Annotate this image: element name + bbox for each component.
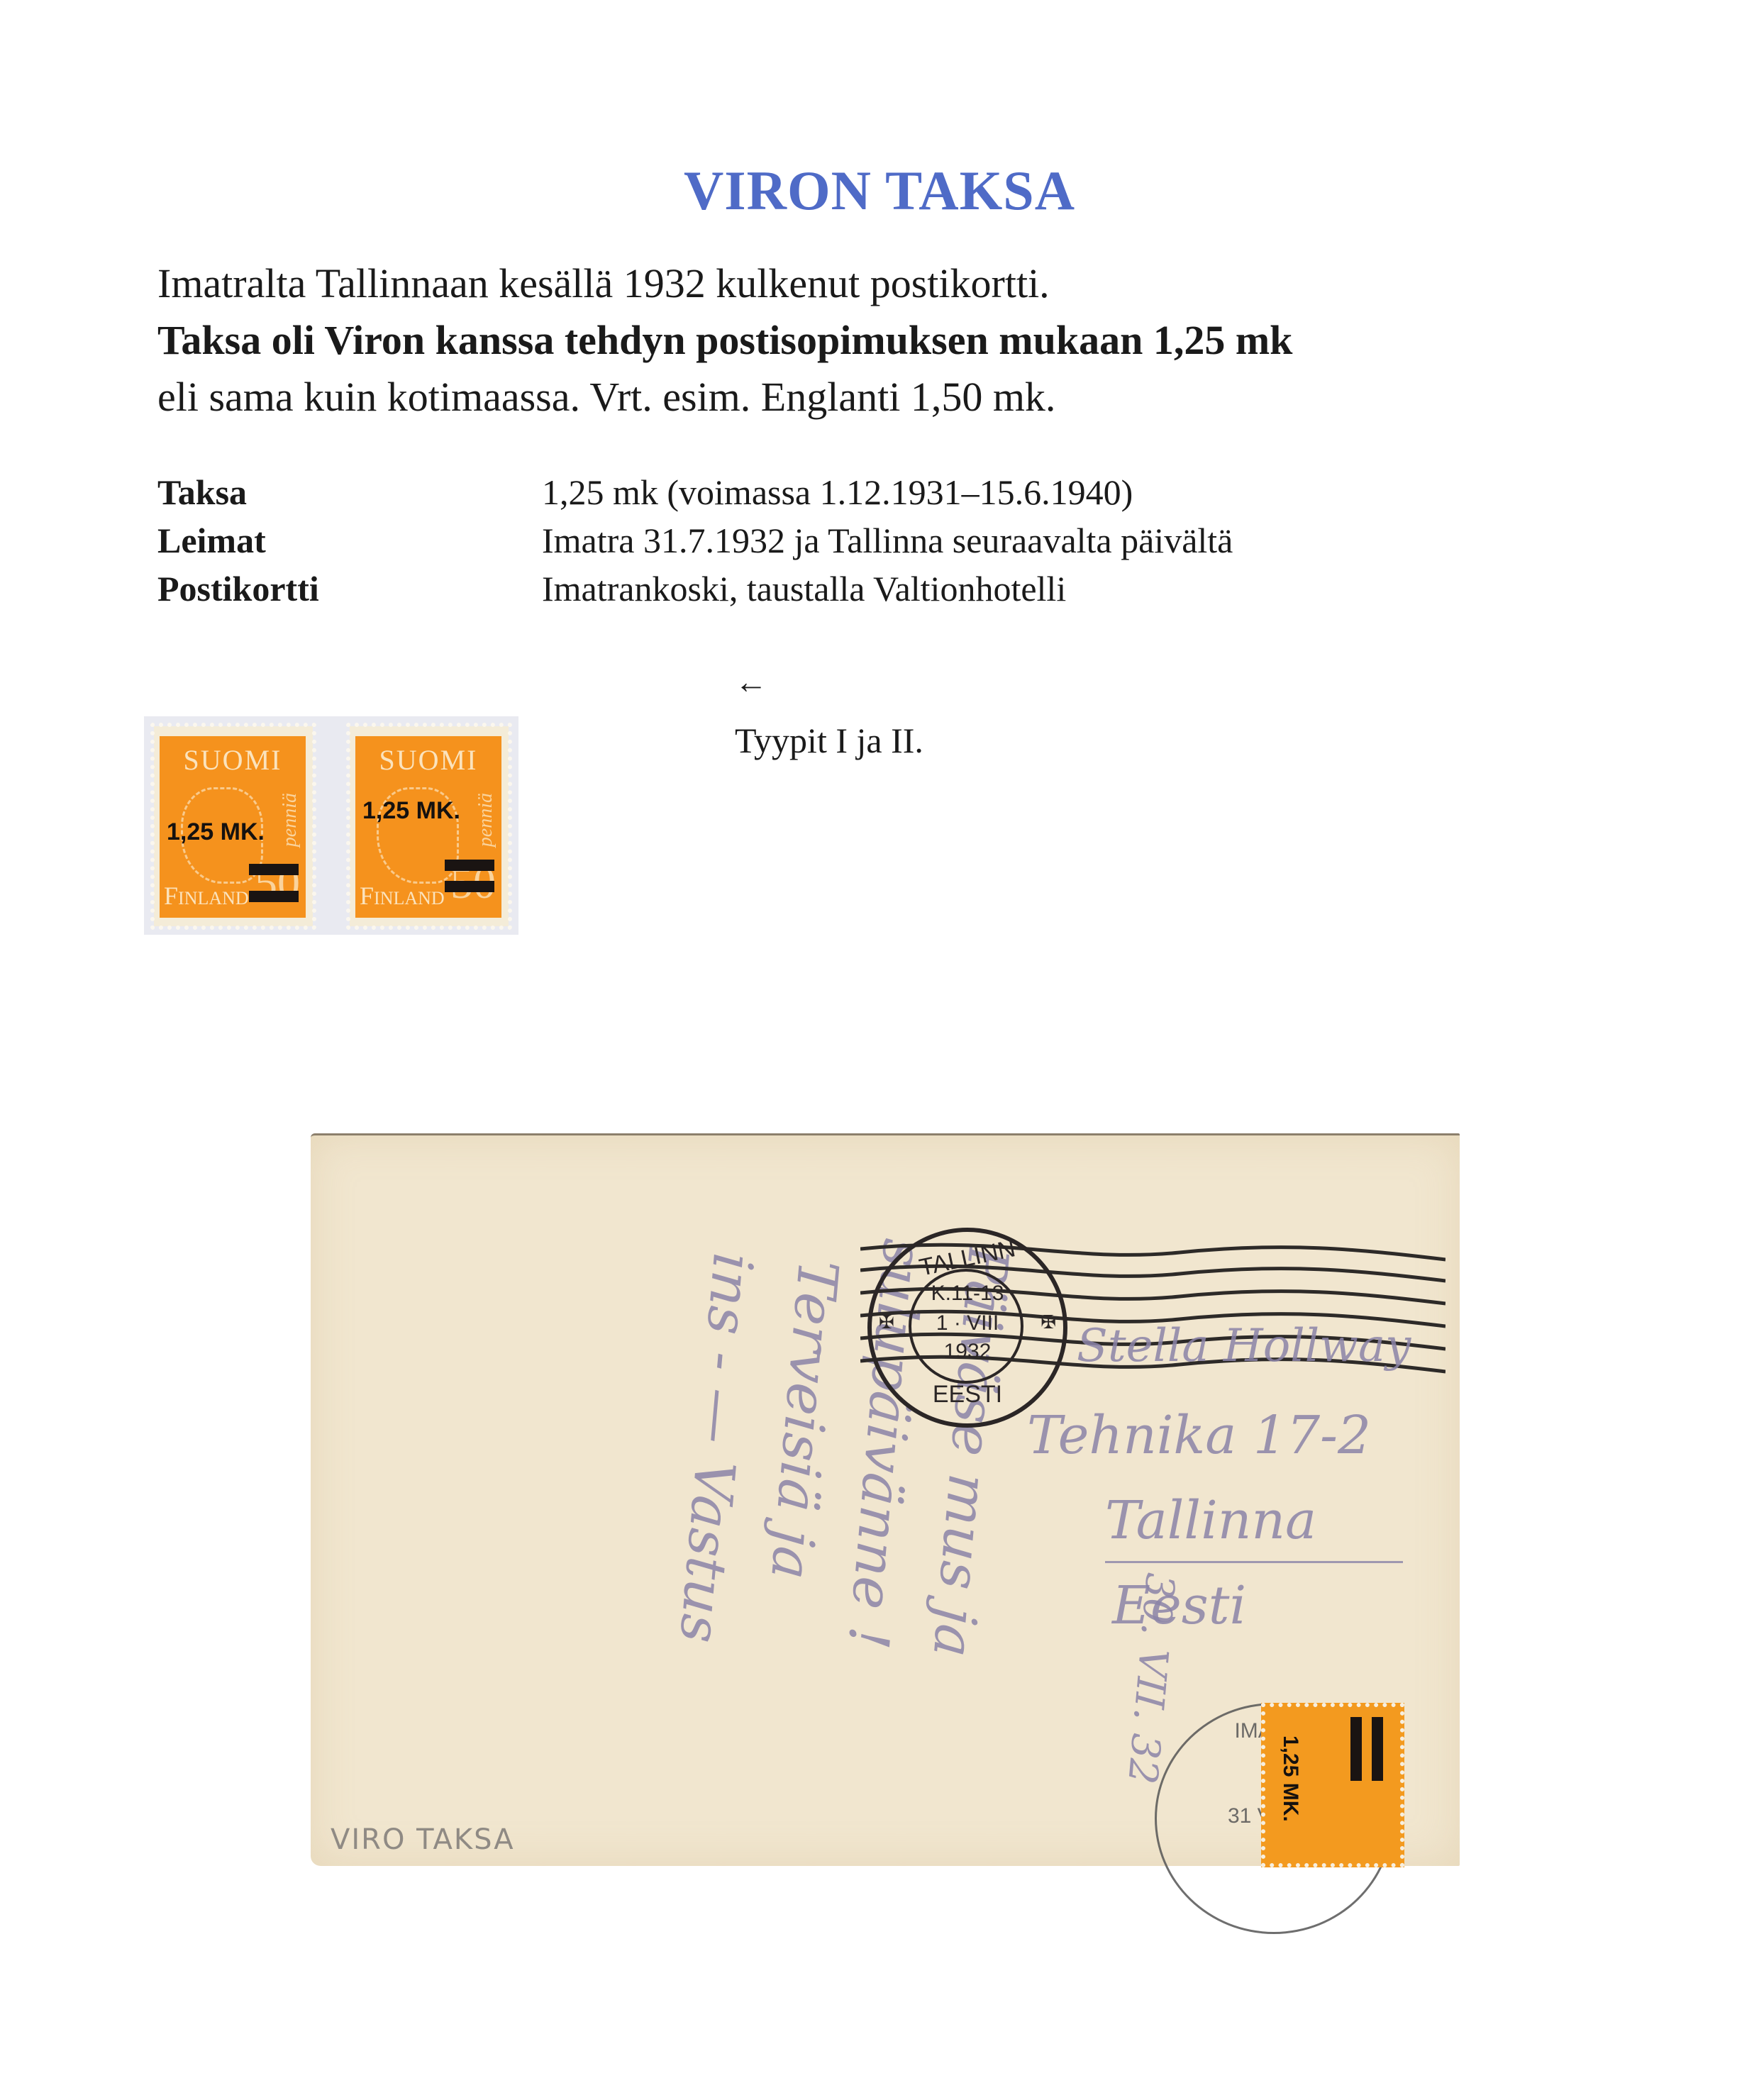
address-street: Tehnika 17-2	[1027, 1405, 1371, 1466]
obliterating-bar	[1372, 1717, 1383, 1781]
message-line: ins - — Vastus	[667, 1250, 765, 1645]
fact-label: Postikortti	[157, 565, 319, 613]
intro-paragraph: Imatralta Tallinnaan kesällä 1932 kulken…	[157, 255, 1647, 426]
address-country: Eesti	[1112, 1575, 1246, 1636]
cross-icon: ✠	[1041, 1311, 1056, 1333]
address-city: Tallinna	[1105, 1490, 1316, 1551]
obliterating-bar	[249, 891, 299, 902]
intro-line-3: eli sama kuin kotimaassa. Vrt. esim. Eng…	[157, 369, 1647, 426]
left-arrow-icon: ←	[735, 660, 923, 705]
stamp-type-2: SUOMI penniä 50 FINLAND 1,25 MK.	[350, 726, 509, 926]
pencil-note: VIRO TAKSA	[331, 1823, 515, 1856]
types-note-text: Tyypit I ja II.	[735, 721, 923, 760]
stamp-pair-image: SUOMI penniä 50 FINLAND 1,25 MK. SUOMI p…	[144, 716, 518, 935]
stamp-currency: penniä	[475, 793, 497, 847]
fact-label: Taksa	[157, 468, 247, 516]
fact-value: Imatrankoski, taustalla Valtionhotelli	[542, 565, 1066, 613]
stamp-bottom-text: FINLAND	[164, 881, 249, 911]
fact-label: Leimat	[157, 516, 266, 565]
fact-row-leimat: Leimat Imatra 31.7.1932 ja Tallinna seur…	[157, 516, 1576, 565]
underline	[1105, 1561, 1403, 1563]
obliterating-bar	[249, 864, 299, 875]
postcard-stamp: 1,25 MK.	[1261, 1703, 1404, 1867]
fact-row-postikortti: Postikortti Imatrankoski, taustalla Valt…	[157, 565, 1576, 613]
tallinn-postmark: TALLINN K.11-13 1 · VIII 1932 EESTI ✠ ✠	[867, 1228, 1067, 1428]
stamp-type-1: SUOMI penniä 50 FINLAND 1,25 MK.	[154, 726, 313, 926]
types-note: ← Tyypit I ja II.	[735, 660, 923, 763]
intro-line-2: Taksa oli Viron kanssa tehdyn postisopim…	[157, 312, 1647, 369]
stamp-currency: penniä	[279, 793, 301, 847]
fact-value: Imatra 31.7.1932 ja Tallinna seuraavalta…	[542, 516, 1233, 565]
obliterating-bar	[445, 860, 494, 871]
stamp-country: SUOMI	[355, 743, 501, 777]
fact-value: 1,25 mk (voimassa 1.12.1931–15.6.1940)	[542, 468, 1133, 516]
stamp-bottom-text: FINLAND	[360, 881, 445, 911]
page-title: VIRON TAKSA	[0, 159, 1759, 223]
stamp-surcharge: 1,25 MK.	[1278, 1735, 1302, 1822]
postcard-image: Päiväse mus ja sulupäivänne ! Terveisiä …	[311, 1133, 1460, 1866]
stamp-surcharge: 1,25 MK.	[167, 818, 265, 846]
addressee: Stella Hollway	[1077, 1320, 1411, 1372]
intro-line-1: Imatralta Tallinnaan kesällä 1932 kulken…	[157, 255, 1647, 312]
cross-icon: ✠	[879, 1311, 894, 1333]
message-line: Terveisiä ja	[758, 1257, 850, 1582]
stamp-country: SUOMI	[160, 743, 306, 777]
stamp-surcharge: 1,25 MK.	[362, 797, 460, 825]
obliterating-bar	[1350, 1717, 1362, 1781]
facts-table: Taksa 1,25 mk (voimassa 1.12.1931–15.6.1…	[157, 468, 1576, 613]
obliterating-bar	[445, 881, 494, 892]
fact-row-taksa: Taksa 1,25 mk (voimassa 1.12.1931–15.6.1…	[157, 468, 1576, 516]
